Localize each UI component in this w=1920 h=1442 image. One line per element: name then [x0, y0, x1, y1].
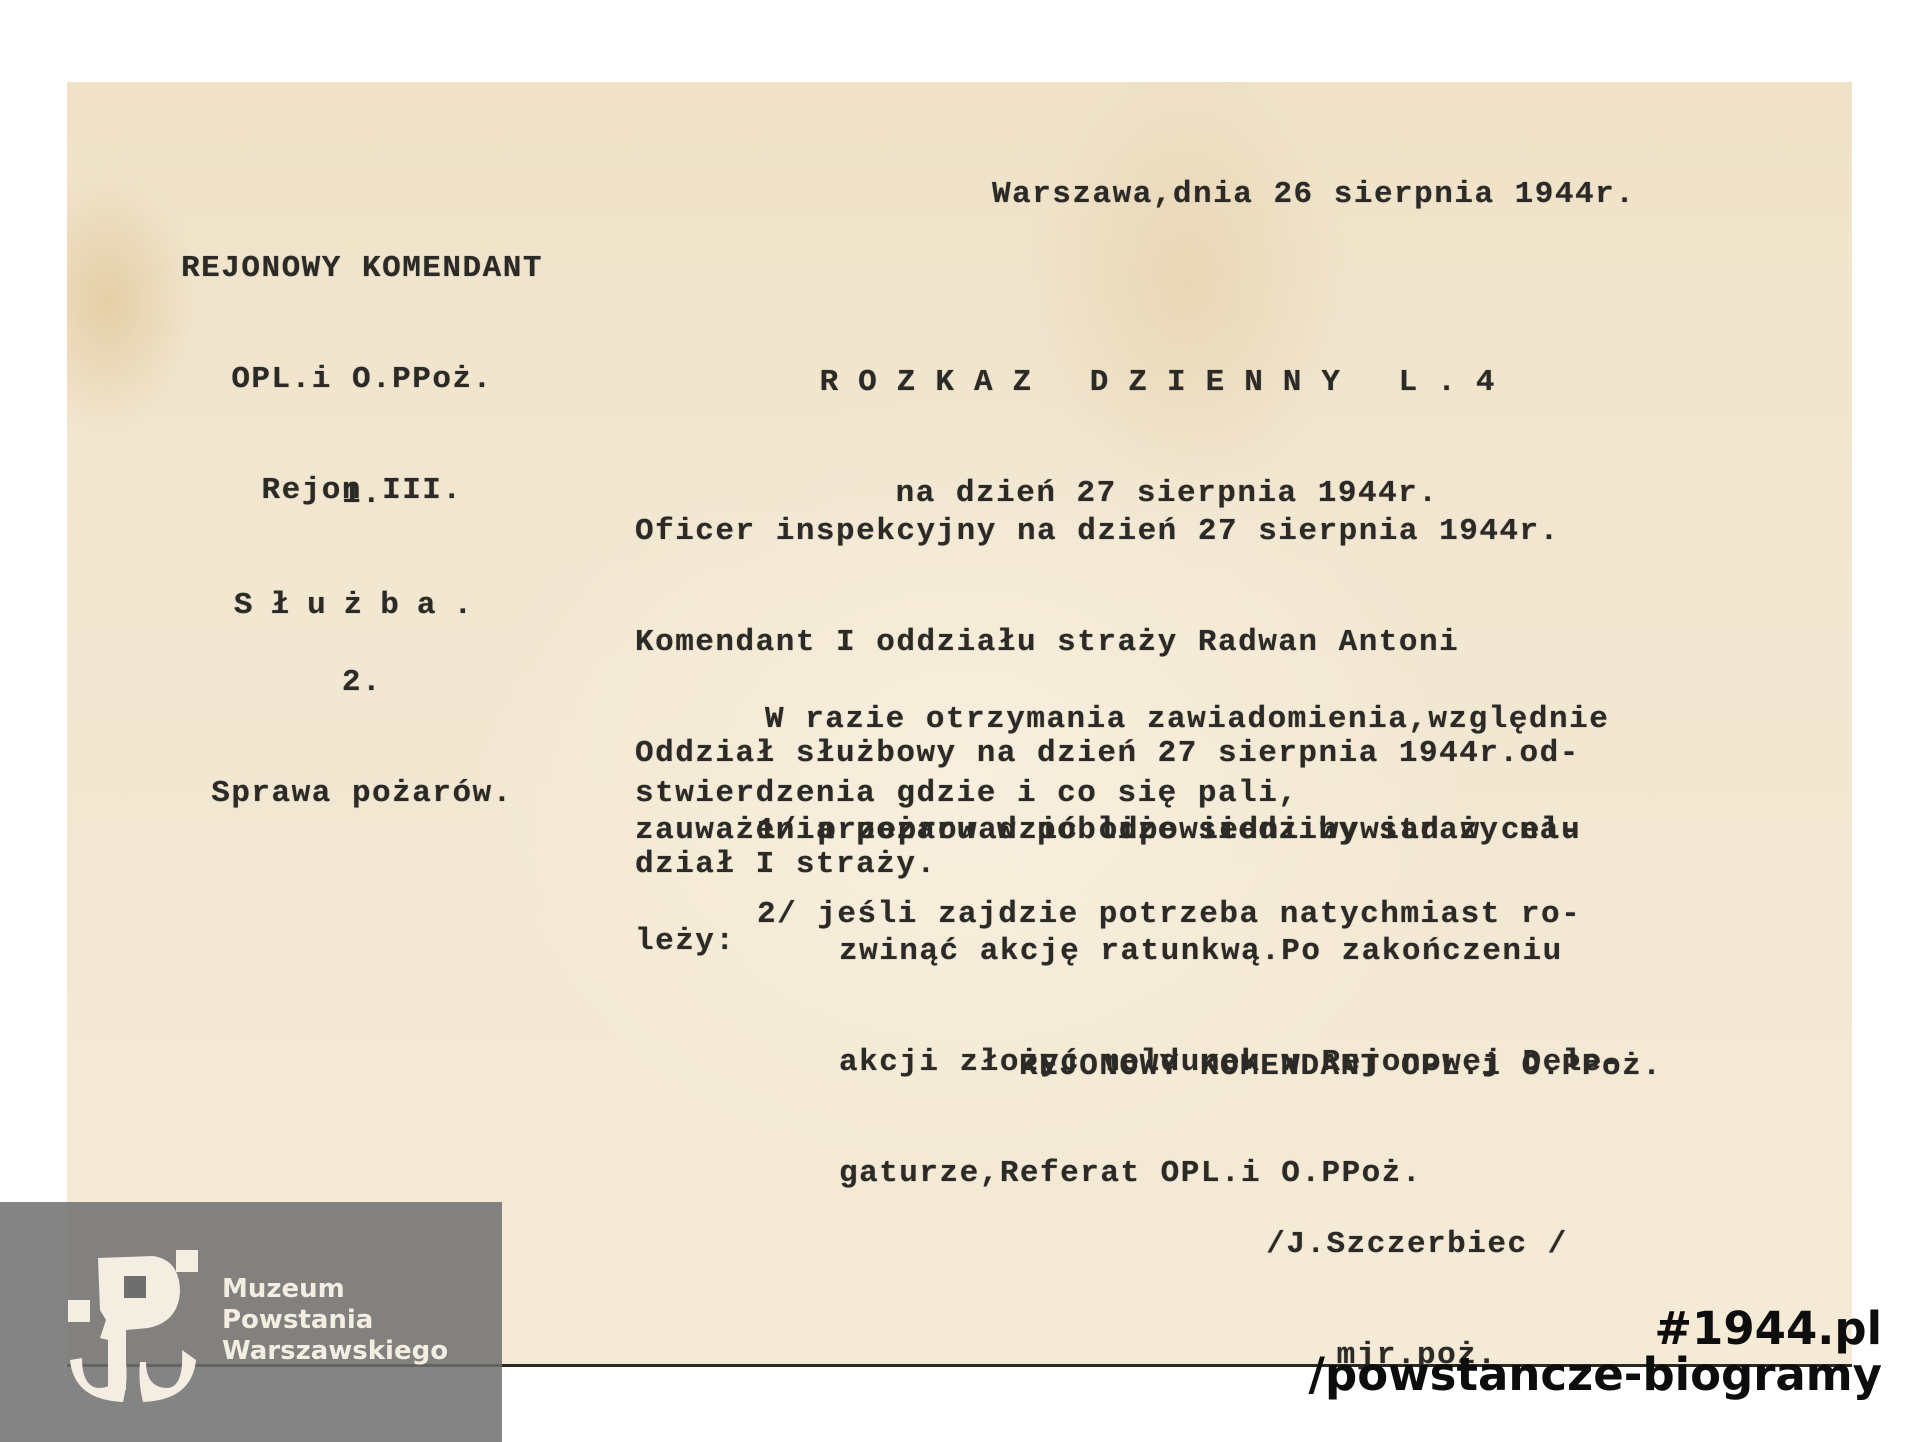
section-number: 2.: [127, 664, 597, 701]
museum-logo-overlay: Muzeum Powstania Warszawskiego: [0, 1202, 502, 1442]
kotwica-logo-icon: [68, 1250, 203, 1405]
section-number: 1.: [127, 476, 597, 513]
body-line: Oficer inspekcyjny na dzień 27 sierpnia …: [635, 513, 1580, 550]
body-line: W razie otrzymania zawiadomienia,względn…: [635, 701, 1609, 738]
item-marker: 2/: [757, 897, 797, 932]
document-paper: REJONOWY KOMENDANT OPL.i O.PPoż. Rejon I…: [67, 82, 1852, 1364]
museum-name-line: Muzeum: [222, 1274, 448, 1305]
signature-title: REJONOWY KOMENDANT OPL.i O.PPoż.: [1019, 1048, 1662, 1085]
header-left-line: REJONOWY KOMENDANT: [127, 250, 597, 287]
brand-line-2: /powstancze-biogramy: [1309, 1352, 1882, 1398]
section-2-item-1-cont: stwierdzenia gdzie i co się pali,: [635, 775, 1298, 812]
section-heading: Sprawa pożarów.: [127, 775, 597, 812]
museum-name: Muzeum Powstania Warszawskiego: [222, 1274, 448, 1367]
document-title: ROZKAZ DZIENNY L.4: [667, 364, 1667, 401]
place-date: Warszawa,dnia 26 sierpnia 1944r.: [992, 176, 1635, 213]
museum-name-line: Warszawskiego: [222, 1336, 448, 1367]
header-left-line: OPL.i O.PPoż.: [127, 361, 597, 398]
brand-line-1: #1944.pl: [1309, 1306, 1882, 1352]
signature-name: /J.Szczerbiec /: [1217, 1226, 1617, 1263]
body-line: zwinąć akcję ratunkwą.Po zakończeniu: [839, 933, 1623, 970]
brand-watermark: #1944.pl /powstancze-biogramy: [1309, 1306, 1882, 1398]
section-2-label: 2. Sprawa pożarów.: [127, 590, 597, 886]
museum-name-line: Powstania: [222, 1305, 448, 1336]
